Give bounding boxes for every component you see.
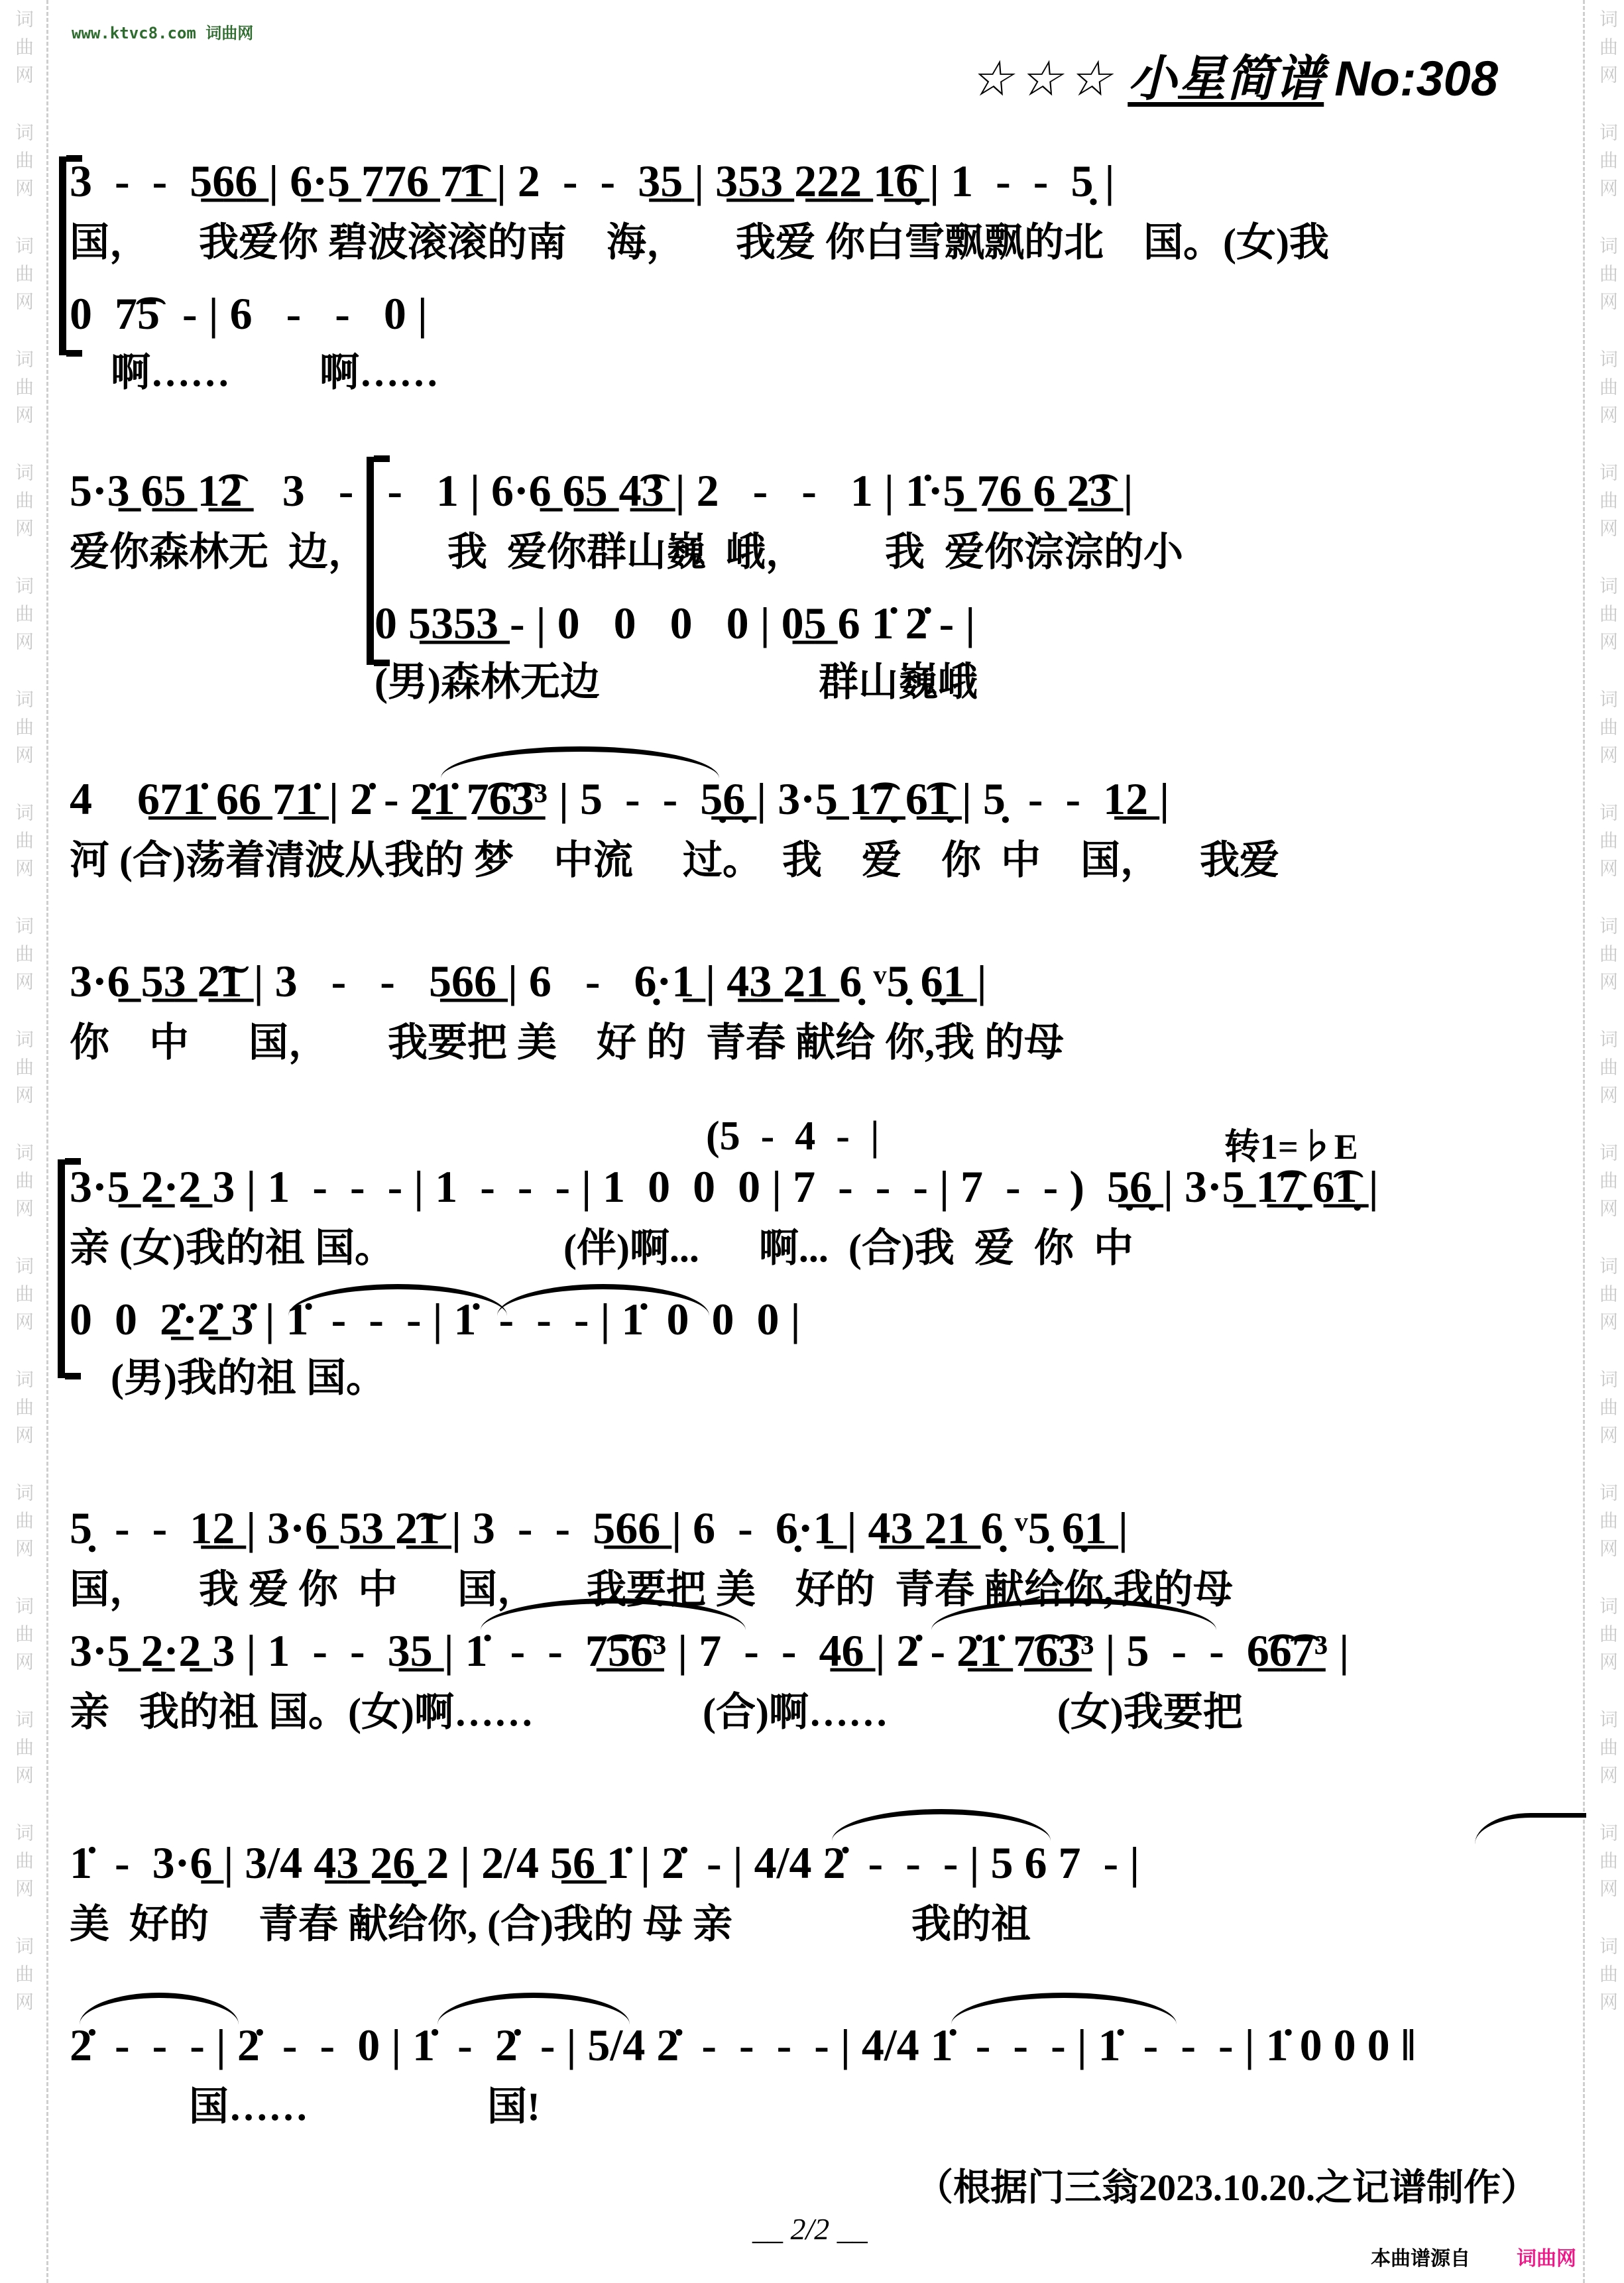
harmony-line: 0 0 2̲̇·2̲̇ 3̇ | 1̇ - - - | 1̇ - - - | 1… [70, 1289, 1588, 1350]
tie-arc [951, 1993, 1177, 2024]
header-watermark-link: www.ktvc8.com 词曲网 [72, 20, 253, 43]
music-system-1: 3 - - 5̲6̲6̲ | 6̲·5̲ 7̲7̲6̲ 7̲͡1̲ | 2 - … [70, 151, 1588, 396]
source-site-name: 词曲网 [1517, 2248, 1576, 2270]
music-system-5: (5 - 4 - | 转1=♭E 3·5̲ 2̲·2̲ 3 | 1 - - - … [70, 1117, 1588, 1402]
title-name: 小星简谱 [1128, 51, 1324, 106]
melody-line: 3·5̲ 2̲·2̲ 3 | 1 - - 3̲5̲ | 1̇ - - 7̲͡5̲… [70, 1621, 1588, 1682]
melody-line: 5·3̲ 6̲5̲ 1̲͡2̲3 - - 1 | 6·6̲ 6̲5̲ 4̲͡3̲… [70, 461, 1588, 522]
melody-line: 3·6̲ 5̲3̲ 2̲͠1̲ | 3 - - 5̲6̲6̲ | 6 - 6̣·… [70, 951, 1588, 1012]
lyrics-line: 国， 我爱你 碧波滚滚的南 海， 我爱 你白雪飘飘的北 国。(女)我 [70, 219, 1588, 266]
music-system-8: 1̇ - 3·6̲ | 3/4 4̲3̲ 2̲6̲̣ 2 | 2/4 5̲6̲ … [70, 1833, 1588, 1948]
lyrics-line: 国， 我 爱 你 中 国， 我要把 美 好的 青春 献给你,我的母 [70, 1566, 1588, 1613]
rehearsal-annotation: (5 - 4 - | [706, 1113, 880, 1160]
left-watermark-column: 词曲网 词曲网 词曲网 词曲网 词曲网 词曲网 词曲网 词曲网 词曲网 词曲网 … [5, 9, 36, 2283]
tie-arc [832, 1809, 1051, 1841]
harmony-line: 0 5̲3̲5̲3̲ - | 0 0 0 0 | 0̲5̲ 6 1̇ 2̇ - … [70, 593, 1588, 654]
tie-arc [441, 746, 719, 778]
title-number: No:308 [1334, 51, 1498, 106]
sheet-music-page: 词曲网 词曲网 词曲网 词曲网 词曲网 词曲网 词曲网 词曲网 词曲网 词曲网 … [0, 0, 1624, 2283]
tie-arc [1475, 1813, 1586, 1844]
tie-arc [80, 1993, 239, 2024]
melody-line: 3 - - 5̲6̲6̲ | 6̲·5̲ 7̲7̲6̲ 7̲͡1̲ | 2 - … [70, 151, 1588, 212]
lyrics-line: 国…… 国! [70, 2083, 1588, 2131]
music-system-4: 3·6̲ 5̲3̲ 2̲͠1̲ | 3 - - 5̲6̲6̲ | 6 - 6̣·… [70, 951, 1588, 1067]
harmony-lyrics-line: (男)森林无边 群山巍峨 [70, 658, 1588, 706]
music-system-9: 2̇ - - - | 2̇ - - 0 | 1̇ - 2̇ - | 5/4 2̇… [70, 2015, 1588, 2131]
lyrics-line: 河 (合)荡着清波从我的 梦 中流 过。 我 爱 你 中 国， 我爱 [70, 837, 1588, 884]
melody-line: 3·5̲ 2̲·2̲ 3 | 1 - - - | 1 - - - | 1 0 0… [70, 1157, 1588, 1218]
harmony-line: 0 7͡5 - | 6 - - 0 | [70, 284, 1588, 345]
right-watermark-column: 词曲网 词曲网 词曲网 词曲网 词曲网 词曲网 词曲网 词曲网 词曲网 词曲网 … [1590, 9, 1620, 2283]
lyrics-line: 爱你森林无 边， 我 爱你群山巍 峨， 我 爱你淙淙的小 [70, 528, 1588, 576]
star-decoration-icon: ☆☆☆ [969, 51, 1117, 106]
music-system-7: 3·5̲ 2̲·2̲ 3 | 1 - - 3̲5̲ | 1̇ - - 7̲͡5̲… [70, 1621, 1588, 1736]
lyrics-line: 亲 (女)我的祖 国。 (伴)啊... 啊... (合)我 爱 你 中 [70, 1224, 1588, 1272]
lyrics-line: 亲 我的祖 国。(女)啊…… (合)啊…… (女)我要把 [70, 1688, 1588, 1736]
harmony-lyrics-line: (男)我的祖 国。 [70, 1354, 1588, 1402]
melody-line: 2̇ - - - | 2̇ - - 0 | 1̇ - 2̇ - | 5/4 2̇… [70, 2015, 1588, 2076]
harmony-lyrics-line: 啊…… 啊…… [70, 349, 1588, 396]
system-brace [367, 457, 387, 665]
music-system-3: 4 6̲7̲1̲̇ 6̲6̲ 7̲1̲̇ | 2̇ - 2̲̇1̲̇ 7̲͡6̲… [70, 769, 1588, 884]
pickup-notes: 5·3̲ 6̲5̲ 1̲͡2̲ [70, 465, 243, 516]
music-system-2: 5·3̲ 6̲5̲ 1̲͡2̲3 - - 1 | 6·6̲ 6̲5̲ 4̲͡3̲… [70, 461, 1588, 706]
melody-line: 1̇ - 3·6̲ | 3/4 4̲3̲ 2̲6̲̣ 2 | 2/4 5̲6̲ … [70, 1833, 1588, 1894]
system-brace [58, 1159, 78, 1378]
page-title: ☆☆☆小星简谱No:308 [969, 40, 1498, 110]
page-number: __ 2/2 __ [752, 2211, 868, 2247]
lyrics-line: 你 中 国， 我要把 美 好 的 青春 献给 你,我 的母 [70, 1019, 1588, 1067]
source-prefix: 本曲谱源自 [1371, 2248, 1470, 2270]
footer-credit: （根据门三翁2023.10.20.之记谱制作） [916, 2158, 1538, 2211]
left-dashed-border [46, 0, 48, 2283]
melody-line: 5̣ - - 1̲2̲ | 3·6̲ 5̲3̲ 2̲͠1̲ | 3 - - 5̲… [70, 1498, 1588, 1559]
lyrics-line: 美 好的 青春 献给你, (合)我的 母 亲 我的祖 [70, 1901, 1588, 1948]
melody-notes: 3 - - 1 | 6·6̲ 6̲5̲ 4̲͡3̲ | 2 - - 1 | 1̇… [282, 465, 1133, 516]
system-brace [59, 156, 80, 355]
modulation-annotation: 转1=♭E [1224, 1118, 1358, 1169]
source-attribution: 本曲谱源自词曲网 [1371, 2242, 1576, 2271]
music-system-6: 5̣ - - 1̲2̲ | 3·6̲ 5̲3̲ 2̲͠1̲ | 3 - - 5̲… [70, 1498, 1588, 1613]
melody-line: 4 6̲7̲1̲̇ 6̲6̲ 7̲1̲̇ | 2̇ - 2̲̇1̲̇ 7̲͡6̲… [70, 769, 1588, 830]
tie-arc [437, 1993, 630, 2024]
